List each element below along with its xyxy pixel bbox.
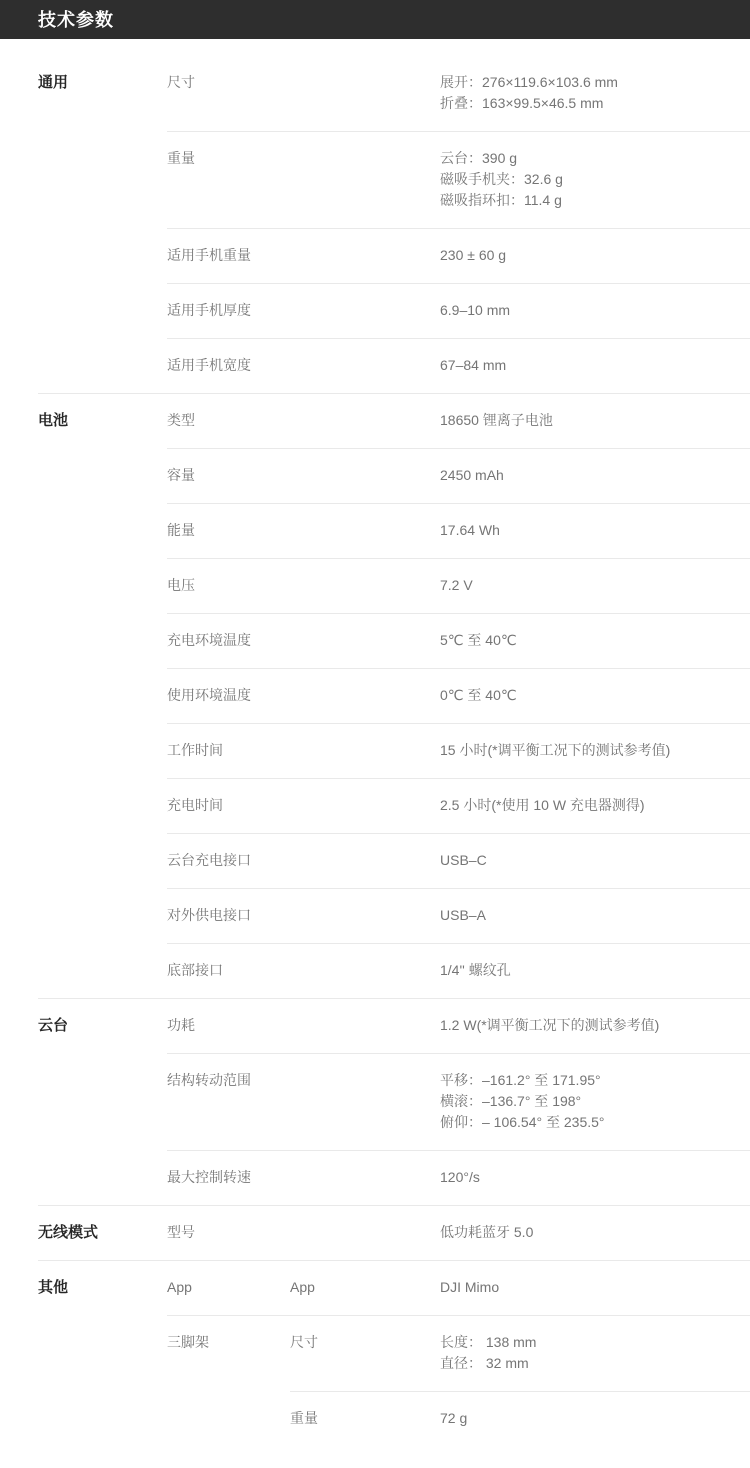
- param-value: 2450 mAh: [440, 465, 750, 486]
- param-label: 对外供电接口: [167, 905, 440, 926]
- param-value: 0℃ 至 40℃: [440, 685, 750, 706]
- param-value: 5℃ 至 40℃: [440, 630, 750, 651]
- value-line: 15 小时(*调平衡工况下的测试参考值): [440, 740, 750, 761]
- value-line: 2450 mAh: [440, 465, 750, 486]
- spec-row: 最大控制转速120°/s: [167, 1150, 750, 1205]
- param-value: 6.9–10 mm: [440, 300, 750, 321]
- param-label: 重量: [290, 1408, 440, 1429]
- spec-row: 尺寸展开：276×119.6×103.6 mm折叠：163×99.5×46.5 …: [167, 56, 750, 131]
- spec-row: 使用环境温度0℃ 至 40℃: [167, 668, 750, 723]
- category-label: 通用: [38, 56, 167, 393]
- param-label: 能量: [167, 520, 440, 541]
- param-label: 云台充电接口: [167, 850, 440, 871]
- spec-row: 结构转动范围平移：–161.2° 至 171.95°横滚：–136.7° 至 1…: [167, 1053, 750, 1150]
- category-label: 无线模式: [38, 1206, 167, 1260]
- section-body: 型号低功耗蓝牙 5.0: [167, 1206, 750, 1260]
- param-value: 18650 锂离子电池: [440, 410, 750, 431]
- value-line: 6.9–10 mm: [440, 300, 750, 321]
- param-value: 72 g: [440, 1408, 750, 1429]
- value-line: DJI Mimo: [440, 1277, 750, 1298]
- spec-row: 型号低功耗蓝牙 5.0: [167, 1206, 750, 1260]
- param-label: 尺寸: [290, 1332, 440, 1374]
- spec-row: 重量云台：390 g磁吸手机夹：32.6 g磁吸指环扣：11.4 g: [167, 131, 750, 228]
- param-label: 型号: [167, 1222, 440, 1243]
- param-value: 1.2 W(*调平衡工况下的测试参考值): [440, 1015, 750, 1036]
- section-header-bar: 技术参数: [0, 0, 750, 39]
- param-label: 尺寸: [167, 72, 440, 114]
- spec-row: 适用手机重量230 ± 60 g: [167, 228, 750, 283]
- spec-row: 对外供电接口USB–A: [167, 888, 750, 943]
- category-label: 电池: [38, 394, 167, 998]
- section-body: 类型18650 锂离子电池容量2450 mAh能量17.64 Wh电压7.2 V…: [167, 394, 750, 998]
- value-line: 2.5 小时(*使用 10 W 充电器测得): [440, 795, 750, 816]
- param-label: 适用手机宽度: [167, 355, 440, 376]
- value-line: 长度： 138 mm: [440, 1332, 750, 1353]
- value-line: 7.2 V: [440, 575, 750, 596]
- param-value: 平移：–161.2° 至 171.95°横滚：–136.7° 至 198°俯仰：…: [440, 1070, 750, 1133]
- spec-row: 充电环境温度5℃ 至 40℃: [167, 613, 750, 668]
- spec-section: 通用尺寸展开：276×119.6×103.6 mm折叠：163×99.5×46.…: [38, 56, 750, 393]
- spec-row: 容量2450 mAh: [167, 448, 750, 503]
- value-line: 展开：276×119.6×103.6 mm: [440, 72, 750, 93]
- spec-row: 充电时间2.5 小时(*使用 10 W 充电器测得): [167, 778, 750, 833]
- param-value: 长度： 138 mm直径： 32 mm: [440, 1332, 750, 1374]
- value-line: 120°/s: [440, 1167, 750, 1188]
- spec-row: 底部接口1/4'' 螺纹孔: [167, 943, 750, 998]
- param-value: 2.5 小时(*使用 10 W 充电器测得): [440, 795, 750, 816]
- value-line: 俯仰：– 106.54° 至 235.5°: [440, 1112, 750, 1133]
- value-line: 5℃ 至 40℃: [440, 630, 750, 651]
- spec-row: 尺寸长度： 138 mm直径： 32 mm: [290, 1316, 750, 1391]
- param-value: 1/4'' 螺纹孔: [440, 960, 750, 981]
- spec-row: 电压7.2 V: [167, 558, 750, 613]
- param-label: 电压: [167, 575, 440, 596]
- spec-row: 适用手机厚度6.9–10 mm: [167, 283, 750, 338]
- value-line: USB–A: [440, 905, 750, 926]
- spec-row: 类型18650 锂离子电池: [167, 394, 750, 448]
- group-label: App: [167, 1261, 290, 1315]
- value-line: 18650 锂离子电池: [440, 410, 750, 431]
- value-line: 17.64 Wh: [440, 520, 750, 541]
- param-value: USB–C: [440, 850, 750, 871]
- spec-row: 工作时间15 小时(*调平衡工况下的测试参考值): [167, 723, 750, 778]
- param-label: 容量: [167, 465, 440, 486]
- page: { "header": { "title": "技术参数" }, "colors…: [0, 0, 750, 1468]
- category-label: 其他: [38, 1261, 167, 1446]
- value-line: 低功耗蓝牙 5.0: [440, 1222, 750, 1243]
- value-line: 72 g: [440, 1408, 750, 1429]
- section-body: AppAppDJI Mimo三脚架尺寸长度： 138 mm直径： 32 mm重量…: [167, 1261, 750, 1446]
- spec-row: AppDJI Mimo: [290, 1261, 750, 1315]
- category-label: 云台: [38, 999, 167, 1205]
- param-label: 类型: [167, 410, 440, 431]
- param-value: 低功耗蓝牙 5.0: [440, 1222, 750, 1243]
- param-label: 结构转动范围: [167, 1070, 440, 1133]
- param-value: 7.2 V: [440, 575, 750, 596]
- spec-row: 功耗1.2 W(*调平衡工况下的测试参考值): [167, 999, 750, 1053]
- param-label: 最大控制转速: [167, 1167, 440, 1188]
- spec-row: 适用手机宽度67–84 mm: [167, 338, 750, 393]
- spec-row: 云台充电接口USB–C: [167, 833, 750, 888]
- spec-row: 能量17.64 Wh: [167, 503, 750, 558]
- param-label: 适用手机重量: [167, 245, 440, 266]
- value-line: 1/4'' 螺纹孔: [440, 960, 750, 981]
- value-line: 67–84 mm: [440, 355, 750, 376]
- param-label: App: [290, 1277, 440, 1298]
- param-value: 展开：276×119.6×103.6 mm折叠：163×99.5×46.5 mm: [440, 72, 750, 114]
- value-line: 磁吸手机夹：32.6 g: [440, 169, 750, 190]
- param-value: DJI Mimo: [440, 1277, 750, 1298]
- param-label: 重量: [167, 148, 440, 211]
- value-line: 230 ± 60 g: [440, 245, 750, 266]
- spec-group: AppAppDJI Mimo: [167, 1261, 750, 1315]
- spec-group: 三脚架尺寸长度： 138 mm直径： 32 mm重量72 g: [167, 1315, 750, 1446]
- spec-row: 重量72 g: [290, 1391, 750, 1446]
- param-label: 使用环境温度: [167, 685, 440, 706]
- param-value: 67–84 mm: [440, 355, 750, 376]
- value-line: 0℃ 至 40℃: [440, 685, 750, 706]
- param-value: 云台：390 g磁吸手机夹：32.6 g磁吸指环扣：11.4 g: [440, 148, 750, 211]
- param-value: 15 小时(*调平衡工况下的测试参考值): [440, 740, 750, 761]
- param-value: USB–A: [440, 905, 750, 926]
- section-body: 尺寸展开：276×119.6×103.6 mm折叠：163×99.5×46.5 …: [167, 56, 750, 393]
- param-value: 17.64 Wh: [440, 520, 750, 541]
- value-line: USB–C: [440, 850, 750, 871]
- value-line: 平移：–161.2° 至 171.95°: [440, 1070, 750, 1091]
- value-line: 磁吸指环扣：11.4 g: [440, 190, 750, 211]
- param-label: 充电环境温度: [167, 630, 440, 651]
- group-rows: 尺寸长度： 138 mm直径： 32 mm重量72 g: [290, 1316, 750, 1446]
- param-label: 底部接口: [167, 960, 440, 981]
- value-line: 横滚：–136.7° 至 198°: [440, 1091, 750, 1112]
- value-line: 折叠：163×99.5×46.5 mm: [440, 93, 750, 114]
- page-title: 技术参数: [38, 11, 114, 29]
- spec-section: 无线模式型号低功耗蓝牙 5.0: [38, 1205, 750, 1260]
- param-label: 工作时间: [167, 740, 440, 761]
- value-line: 直径： 32 mm: [440, 1353, 750, 1374]
- spec-section: 电池类型18650 锂离子电池容量2450 mAh能量17.64 Wh电压7.2…: [38, 393, 750, 998]
- section-body: 功耗1.2 W(*调平衡工况下的测试参考值)结构转动范围平移：–161.2° 至…: [167, 999, 750, 1205]
- group-label: 三脚架: [167, 1316, 290, 1446]
- param-label: 功耗: [167, 1015, 440, 1036]
- param-label: 充电时间: [167, 795, 440, 816]
- param-value: 120°/s: [440, 1167, 750, 1188]
- group-rows: AppDJI Mimo: [290, 1261, 750, 1315]
- value-line: 1.2 W(*调平衡工况下的测试参考值): [440, 1015, 750, 1036]
- spec-section: 其他AppAppDJI Mimo三脚架尺寸长度： 138 mm直径： 32 mm…: [38, 1260, 750, 1446]
- param-label: 适用手机厚度: [167, 300, 440, 321]
- spec-section: 云台功耗1.2 W(*调平衡工况下的测试参考值)结构转动范围平移：–161.2°…: [38, 998, 750, 1205]
- value-line: 云台：390 g: [440, 148, 750, 169]
- param-value: 230 ± 60 g: [440, 245, 750, 266]
- spec-table: 通用尺寸展开：276×119.6×103.6 mm折叠：163×99.5×46.…: [0, 39, 750, 1468]
